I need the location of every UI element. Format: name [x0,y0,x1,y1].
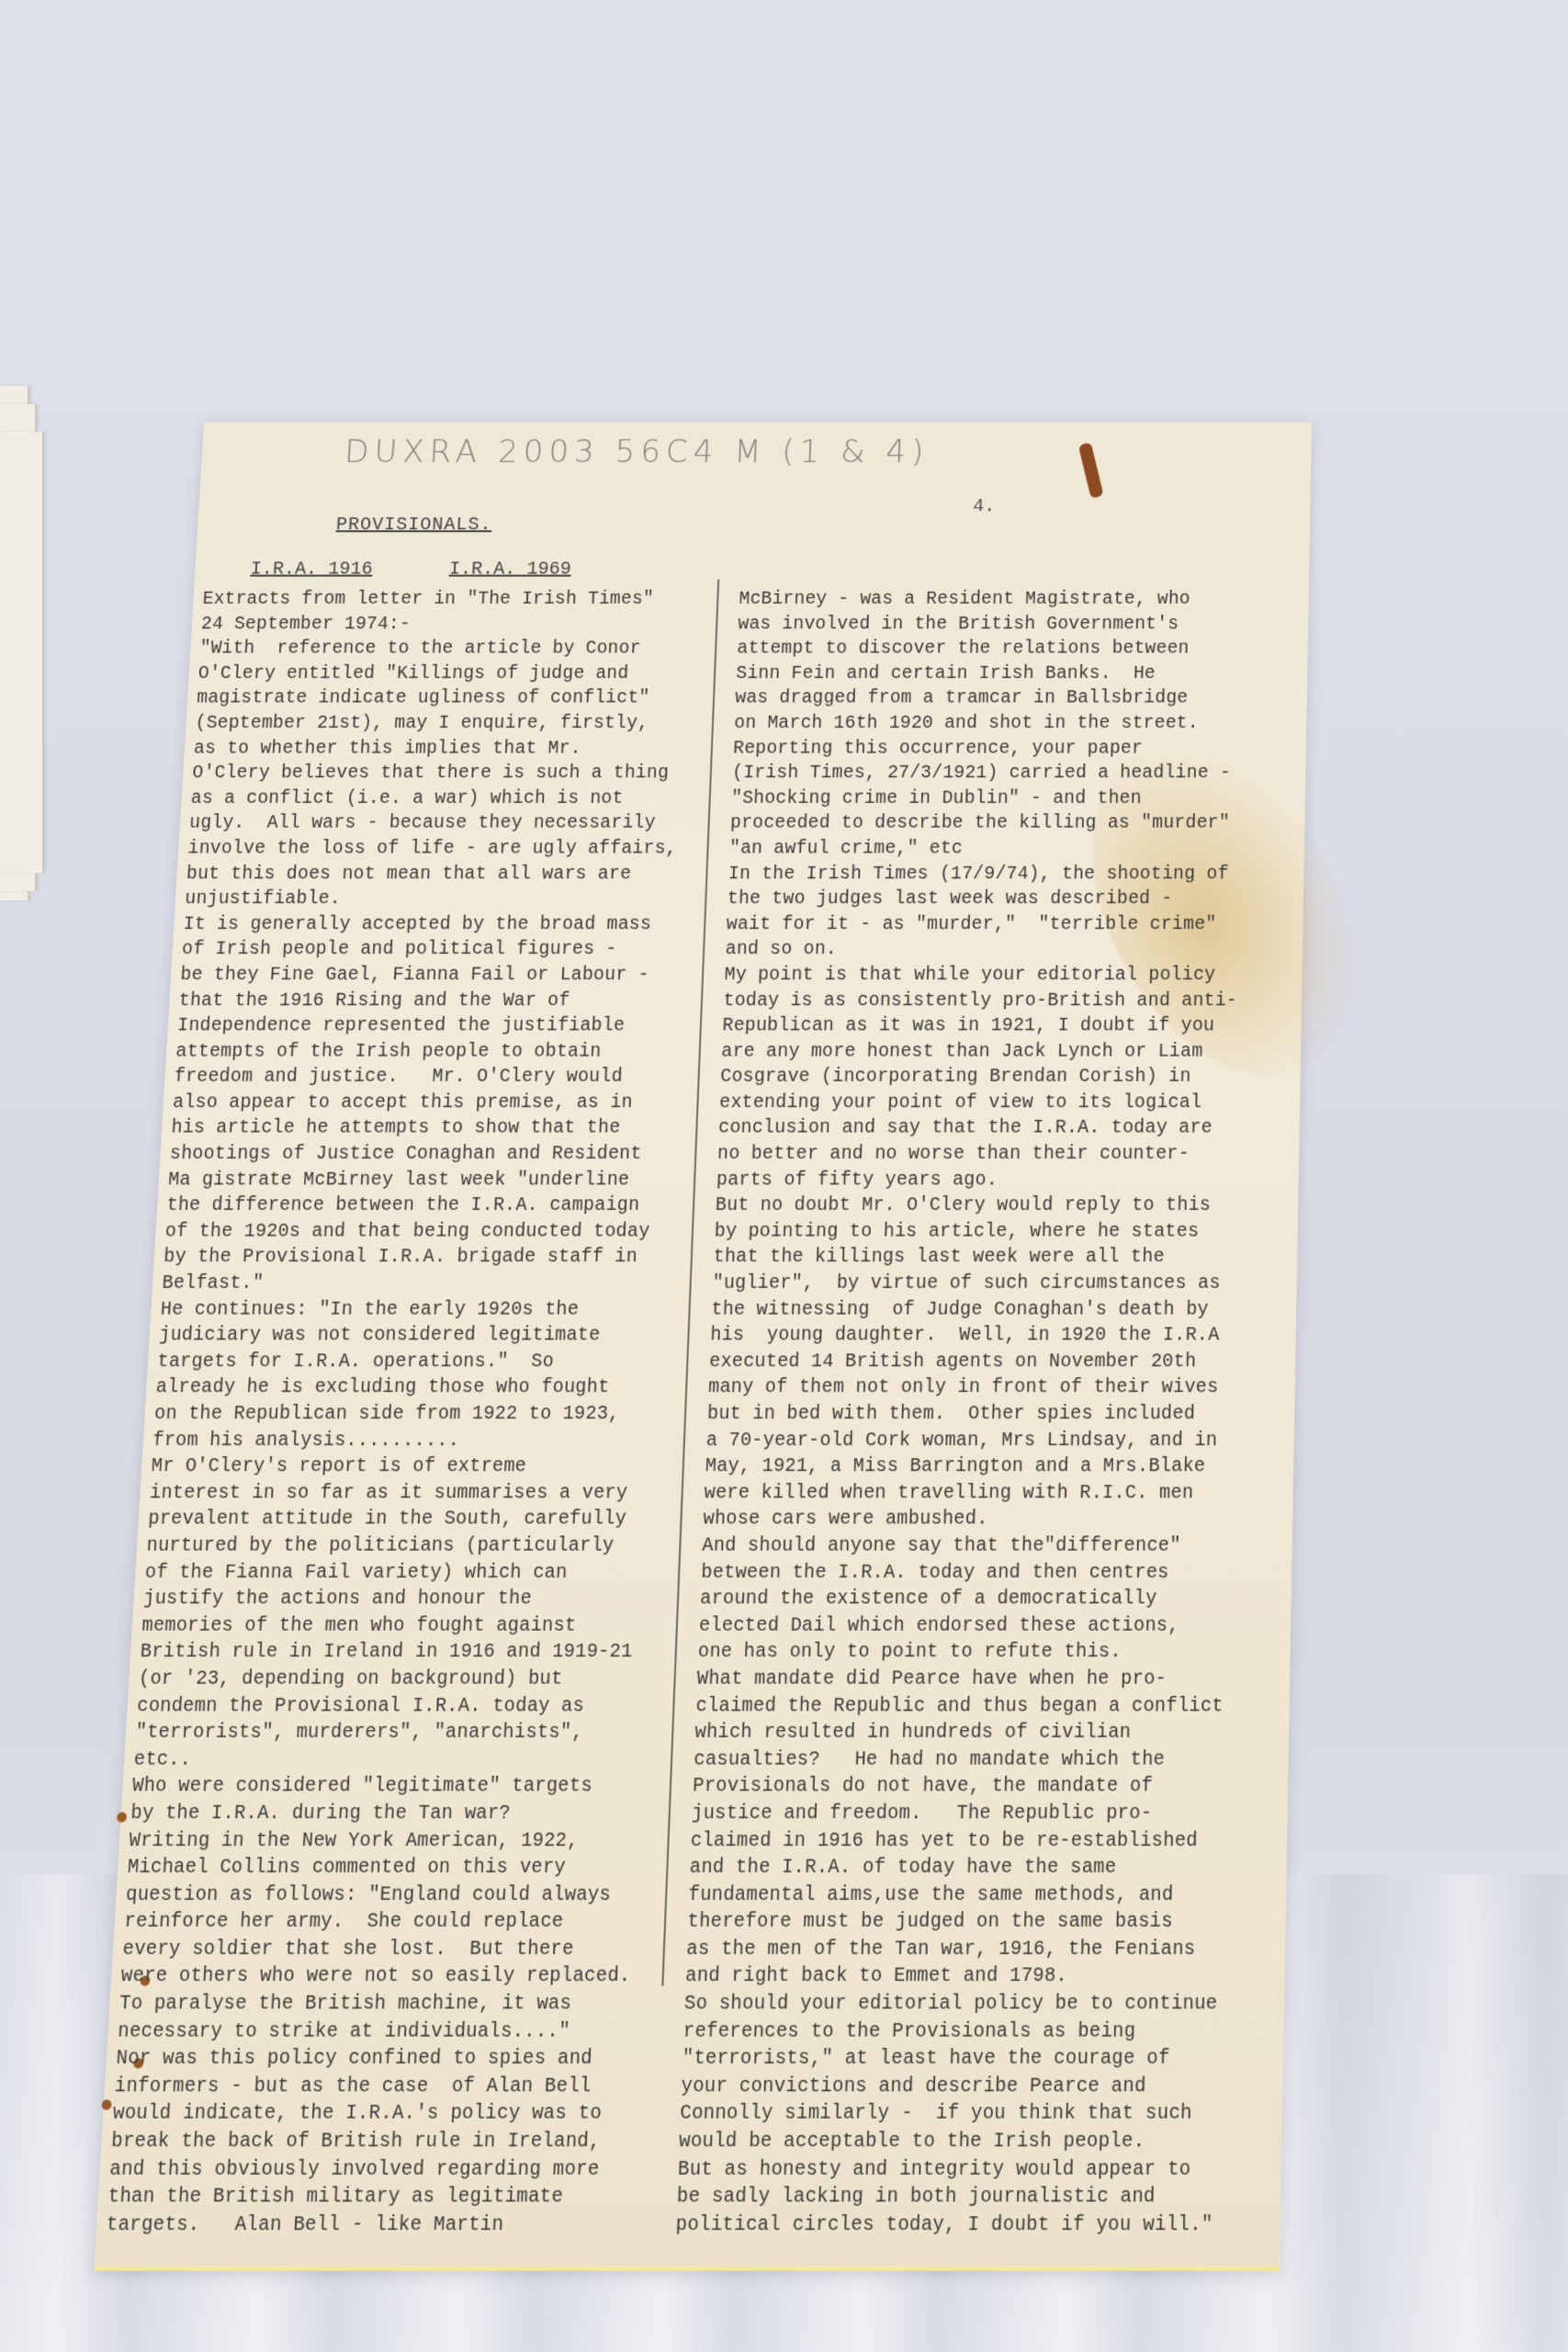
text-line: wait for it - as "murder," "terrible cri… [726,911,1288,937]
adjacent-sheet [0,432,44,873]
text-line: shootings of Justice Conaghan and Reside… [169,1141,680,1167]
text-line: of Irish people and political figures - [181,937,688,963]
text-line: "uglier", by virtue of such circumstance… [712,1271,1281,1296]
text-line: But as honesty and integrity would appea… [677,2155,1266,2183]
text-line: on the Republican side from 1922 to 1923… [153,1401,670,1428]
text-line: whose cars were ambushed. [703,1506,1278,1532]
text-line: Republican as it was in 1921, I doubt if… [722,1013,1287,1039]
text-line: Independence represented the justifiable [176,1013,685,1039]
left-text-column: Extracts from letter in "The Irish Times… [106,587,703,2239]
text-line: 24 September 1974:- [200,612,701,637]
text-line: of the 1920s and that being conducted to… [164,1218,677,1244]
text-line: by the Provisional I.R.A. brigade staff … [163,1244,676,1270]
text-line: Belfast." [162,1271,675,1296]
text-line: Extracts from letter in "The Irish Times… [202,587,703,612]
text-line: be they Fine Gael, Fianna Fail or Labour… [180,962,688,988]
text-line: that the killings last week were all the [713,1244,1282,1270]
text-line: references to the Provisionals as being [682,2018,1269,2045]
rust-spot [101,2099,111,2109]
text-line: elected Dail which endorsed these action… [698,1612,1275,1639]
text-line: which resulted in hundreds of civilian [694,1719,1274,1746]
text-line: your convictions and describe Pearce and [681,2073,1268,2100]
text-line: judiciary was not considered legitimate [158,1322,672,1348]
text-line: ugly. All wars - because they necessaril… [188,810,694,835]
text-line: Writing in the New York American, 1922, [129,1826,653,1853]
text-line: unjustifiable. [184,887,690,911]
text-line: Mr O'Clery's report is of extreme [151,1453,668,1480]
text-line: He continues: "In the early 1920s the [160,1296,674,1322]
text-line: were killed when travelling with R.I.C. … [704,1480,1278,1507]
text-line: O'Clery entitled "Killings of judge and [197,661,700,685]
text-line: between the I.R.A. today and then centre… [701,1559,1277,1586]
text-line: And should anyone say that the"differenc… [702,1532,1277,1559]
text-line: reinforce her army. She could replace [123,1908,649,1936]
text-line: from his analysis.......... [152,1427,669,1453]
text-line: (September 21st), may I enquire, firstly… [195,711,698,736]
text-line: therefore must be judged on the same bas… [687,1908,1270,1936]
text-line: also appear to accept this premise, as i… [172,1090,682,1115]
text-line: Who were considered "legitimate" targets [131,1773,654,1800]
text-line: targets. Alan Bell - like Martin [106,2211,637,2238]
text-line: Provisionals do not have, the mandate of [693,1773,1273,1800]
text-line: "Shocking crime in Dublin" - and then [731,786,1291,810]
text-line: many of them not only in front of their … [708,1374,1280,1401]
text-line: McBirney - was a Resident Magistrate, wh… [739,587,1294,612]
text-line: the witnessing of Judge Conaghan's death… [711,1296,1281,1322]
text-line: the difference between the I.R.A. campai… [166,1193,678,1218]
text-line: break the back of British rule in Irelan… [110,2128,640,2155]
text-line: was dragged from a tramcar in Ballsbridg… [735,686,1292,711]
text-line: "With reference to the article by Conor [199,636,701,661]
text-line: and this obviously involved regarding mo… [108,2155,638,2183]
text-line: Cosgrave (incorporating Brendan Corish) … [720,1064,1286,1090]
text-line: So should your editorial policy be to co… [683,1990,1269,2018]
text-line: are any more honest than Jack Lynch or L… [721,1038,1286,1064]
text-line: magistrate indicate ugliness of conflict… [196,686,698,711]
text-line: Reporting this occurrence, your paper [733,736,1292,761]
text-line: as a conflict (i.e. a war) which is not [190,786,694,810]
text-line: freedom and justice. Mr. O'Clery would [174,1064,683,1090]
text-line: "terrorists," at least have the courage … [682,2045,1268,2073]
text-line: parts of fifty years ago. [716,1167,1283,1193]
text-line: Ma gistrate McBirney last week "underlin… [167,1167,679,1193]
text-line: fundamental aims,use the same methods, a… [688,1881,1270,1908]
text-line: as to whether this implies that Mr. [193,736,696,761]
text-line: casualties? He had no mandate which the [694,1746,1273,1772]
document-title: PROVISIONALS. [335,514,492,536]
text-line: than the British military as legitimate [107,2183,638,2211]
text-line: but this does not mean that all wars are [186,861,692,886]
text-line: executed 14 British agents on November 2… [709,1349,1280,1374]
text-line: condemn the Provisional I.R.A. today as [136,1692,658,1719]
rust-stain [1078,442,1104,499]
text-line: political circles today, I doubt if you … [675,2211,1265,2238]
text-line: Nor was this policy confined to spies an… [116,2045,644,2073]
text-line: May, 1921, a Miss Barrington and a Mrs.B… [705,1453,1279,1480]
text-line: of the Fianna Fail variety) which can [144,1559,663,1586]
text-line: "terrorists", murderers", "anarchists", [135,1719,657,1746]
text-line: In the Irish Times (17/9/74), the shooti… [728,861,1289,886]
text-line: that the 1916 Rising and the War of [178,988,686,1013]
text-line: To paralyse the British machine, it was [118,1990,646,2018]
text-line: would indicate, the I.R.A.'s policy was … [112,2100,641,2128]
text-line: Michael Collins commented on this very [127,1854,651,1882]
text-line: and right back to Emmet and 1798. [685,1962,1269,1990]
rust-spot [117,1812,127,1822]
text-line: attempts of the Irish people to obtain [175,1038,684,1064]
text-line: nurtured by the politicians (particularl… [146,1532,665,1559]
text-line: extending your point of view to its logi… [719,1090,1285,1115]
text-line: justify the actions and honour the [142,1586,662,1612]
text-line: and so on. [725,937,1288,963]
pencil-archive-annotation: DUXRA 2003 56C4 M (1 & 4) [344,434,930,470]
text-line: attempt to discover the relations betwee… [737,636,1293,661]
text-line: on March 16th 1920 and shot in the stree… [734,711,1292,736]
text-line: My point is that while your editorial po… [724,962,1287,988]
text-line: the two judges last week was described - [727,887,1289,911]
text-line: Sinn Fein and certain Irish Banks. He [736,661,1292,685]
text-line: question as follows: "England could alwa… [125,1881,650,1908]
page-number: 4. [973,496,996,517]
text-line: informers - but as the case of Alan Bell [114,2073,643,2100]
text-line: (Irish Times, 27/3/1921) carried a headl… [732,761,1292,786]
text-line: by the I.R.A. during the Tan war? [130,1800,653,1826]
text-line: memories of the men who fought against [141,1612,661,1639]
text-line: "an awful crime," etc [728,836,1290,861]
text-line: was involved in the British Government's [738,612,1293,637]
text-line: every soldier that she lost. But there [122,1936,649,1963]
text-line: It is generally accepted by the broad ma… [183,911,690,937]
text-line: involve the loss of life - are ugly affa… [187,836,693,861]
typewritten-page: DUXRA 2003 56C4 M (1 & 4) 4. PROVISIONAL… [94,423,1312,2271]
text-line: conclusion and say that the I.R.A. today… [718,1115,1285,1141]
subheading-1969: I.R.A. 1969 [448,559,571,580]
text-line: claimed in 1916 has yet to be re-establi… [690,1826,1271,1853]
text-line: already he is excluding those who fought [155,1374,671,1401]
text-line: his article he attempts to show that the [171,1115,682,1141]
subheading-1916: I.R.A. 1916 [250,559,373,580]
text-line: What mandate did Pearce have when he pro… [696,1666,1275,1692]
text-line: necessary to strike at individuals...." [117,2018,645,2045]
text-line: would be acceptable to the Irish people. [679,2128,1267,2155]
text-line: by pointing to his article, where he sta… [714,1218,1282,1244]
text-line: Connolly similarly - if you think that s… [680,2100,1267,2128]
text-line: British rule in Ireland in 1916 and 1919… [140,1639,660,1666]
text-line: O'Clery believes that there is such a th… [192,761,696,786]
text-line: a 70-year-old Cork woman, Mrs Lindsay, a… [705,1427,1279,1453]
text-line: But no doubt Mr. O'Clery would reply to … [715,1193,1283,1218]
text-line: today is as consistently pro-British and… [723,988,1287,1013]
text-line: one has only to point to refute this. [697,1639,1275,1666]
text-line: prevalent attitude in the South, careful… [147,1506,665,1532]
text-line: claimed the Republic and thus began a co… [695,1692,1274,1719]
text-line: no better and no worse than their counte… [716,1141,1283,1167]
text-line: were others who were not so easily repla… [120,1962,647,1990]
text-line: around the existence of a democratically [700,1586,1277,1612]
text-line: interest in so far as it summarises a ve… [149,1480,666,1507]
text-line: justice and freedom. The Republic pro- [691,1800,1272,1826]
text-line: be sadly lacking in both journalistic an… [676,2183,1265,2211]
right-text-column: McBirney - was a Resident Magistrate, wh… [675,587,1294,2239]
text-line: etc.. [133,1746,656,1772]
adjacent-paper-stack [0,386,46,900]
text-line: proceeded to describe the killing as "mu… [729,810,1290,835]
text-line: his young daughter. Well, in 1920 the I.… [710,1322,1281,1348]
text-line: but in bed with them. Other spies includ… [706,1401,1279,1428]
text-line: as the men of the Tan war, 1916, the Fen… [686,1936,1270,1963]
text-line: targets for I.R.A. operations." So [157,1349,672,1374]
text-line: (or '23, depending on background) but [138,1666,659,1692]
text-line: and the I.R.A. of today have the same [689,1854,1271,1882]
